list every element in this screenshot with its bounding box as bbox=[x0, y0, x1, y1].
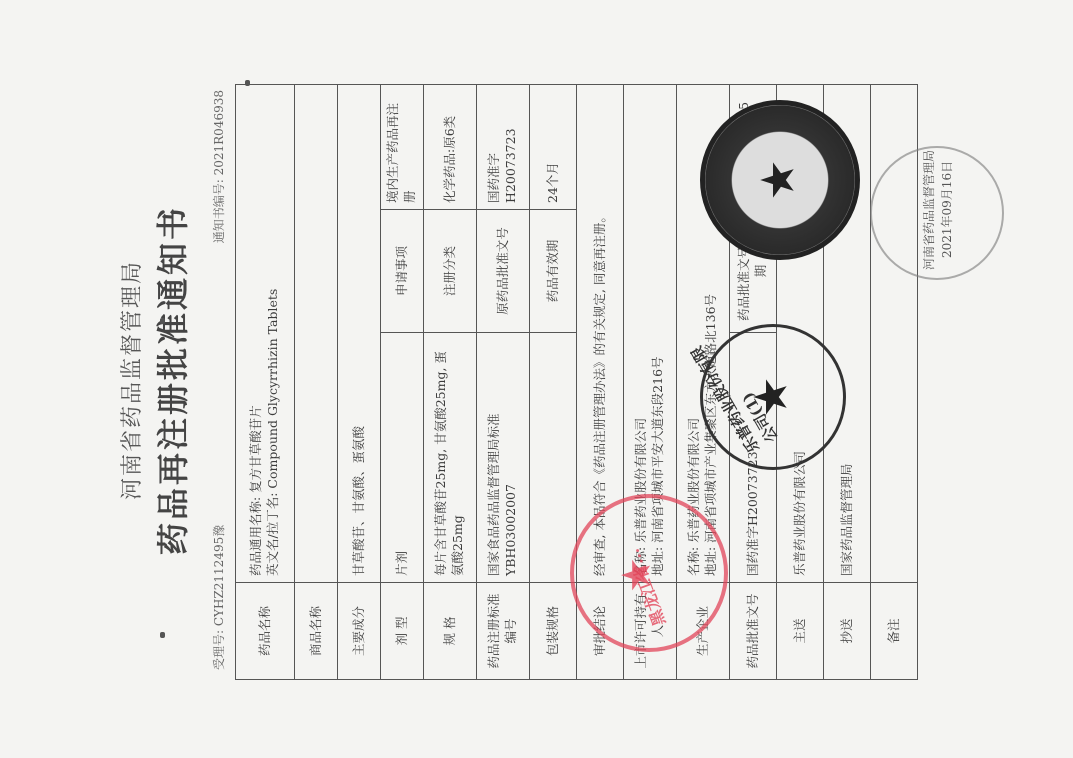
value-trade-name bbox=[295, 85, 338, 583]
label-dosage-form: 剂 型 bbox=[381, 583, 424, 680]
scan-speck bbox=[160, 632, 165, 638]
label-spec: 规 格 bbox=[424, 583, 477, 680]
value-std-no: 国家食品药品监督管理局标准YBH03002007 bbox=[477, 332, 530, 582]
label-ingredients: 主要成分 bbox=[338, 583, 381, 680]
label-cc: 抄送 bbox=[824, 583, 871, 680]
drug-generic-name: 药品通用名称: 复方甘草酸苷片 bbox=[248, 91, 265, 576]
meta-row: 受理号: CYHZ2112495豫 通知书编号: 2021R046938 bbox=[210, 90, 227, 670]
notice-number: 通知书编号: 2021R046938 bbox=[210, 90, 227, 243]
value-spec: 每片含甘草酸苷25mg, 甘氨酸25mg, 蛋氨酸25mg bbox=[424, 332, 477, 582]
acceptance-number-label: 受理号: bbox=[212, 630, 226, 670]
label-trade-name: 商品名称 bbox=[295, 583, 338, 680]
value-package bbox=[530, 332, 577, 582]
notice-number-value: 2021R046938 bbox=[212, 90, 226, 175]
label-package: 包装规格 bbox=[530, 583, 577, 680]
label-reg-class: 注册分类 bbox=[424, 209, 477, 332]
value-application-item: 境内生产药品再注册 bbox=[381, 85, 424, 210]
scan-speck bbox=[245, 80, 250, 86]
value-reg-class: 化学药品:原6类 bbox=[424, 85, 477, 210]
document-title: 药品再注册批准通知书 bbox=[148, 50, 194, 710]
scan-speck bbox=[160, 318, 165, 324]
drug-english-name: 英文名/拉丁名: Compound Glycyrrhizin Tablets bbox=[265, 91, 282, 576]
row-package: 包装规格 药品有效期 24个月 bbox=[530, 85, 577, 680]
label-to: 主送 bbox=[777, 583, 824, 680]
label-approval-no: 药品批准文号 bbox=[730, 583, 777, 680]
issuer-name: 河南省药品监督管理局 bbox=[115, 50, 146, 710]
star-icon: ★ bbox=[743, 376, 797, 417]
acceptance-number: 受理号: CYHZ2112495豫 bbox=[210, 525, 227, 670]
value-drug-name: 药品通用名称: 复方甘草酸苷片 英文名/拉丁名: Compound Glycyr… bbox=[236, 85, 295, 583]
row-spec: 规 格 每片含甘草酸苷25mg, 甘氨酸25mg, 蛋氨酸25mg 注册分类 化… bbox=[424, 85, 477, 680]
label-std-no: 药品注册标准编号 bbox=[477, 583, 530, 680]
row-dosage-form: 剂 型 片剂 申请事项 境内生产药品再注册 bbox=[381, 85, 424, 680]
agency-stamp-name: 河南省药品监督管理局 bbox=[920, 150, 937, 270]
label-application-item: 申请事项 bbox=[381, 209, 424, 332]
value-validity: 24个月 bbox=[530, 85, 577, 210]
label-validity: 药品有效期 bbox=[530, 209, 577, 332]
value-orig-approval: 国药准字H20073723 bbox=[477, 85, 530, 210]
agency-stamp-date: 2021年09月16日 bbox=[938, 161, 955, 258]
value-ingredients: 甘草酸苷、甘氨酸、蛋氨酸 bbox=[338, 85, 381, 583]
red-seal-stamp: ★ 黑龙江省... bbox=[570, 494, 728, 652]
official-seal-stamp: ★ bbox=[700, 100, 860, 260]
star-icon: ★ bbox=[750, 159, 804, 200]
agency-date-stamp: 河南省药品监督管理局 2021年09月16日 bbox=[870, 146, 1004, 280]
notice-number-label: 通知书编号: bbox=[212, 179, 226, 243]
row-std-no: 药品注册标准编号 国家食品药品监督管理局标准YBH03002007 原药品批准文… bbox=[477, 85, 530, 680]
acceptance-number-value: CYHZ2112495豫 bbox=[212, 525, 226, 626]
rotated-document-page: 河南省药品监督管理局 药品再注册批准通知书 受理号: CYHZ2112495豫 … bbox=[10, 50, 1030, 710]
row-ingredients: 主要成分 甘草酸苷、甘氨酸、蛋氨酸 bbox=[338, 85, 381, 680]
value-dosage-form: 片剂 bbox=[381, 332, 424, 582]
row-drug-name: 药品名称 药品通用名称: 复方甘草酸苷片 英文名/拉丁名: Compound G… bbox=[236, 85, 295, 680]
label-orig-approval: 原药品批准文号 bbox=[477, 209, 530, 332]
label-drug-name: 药品名称 bbox=[236, 583, 295, 680]
row-trade-name: 商品名称 bbox=[295, 85, 338, 680]
company-seal-stamp: 乐普药业股份有限公司(1) ★ bbox=[700, 324, 846, 470]
label-remarks: 备注 bbox=[871, 583, 918, 680]
